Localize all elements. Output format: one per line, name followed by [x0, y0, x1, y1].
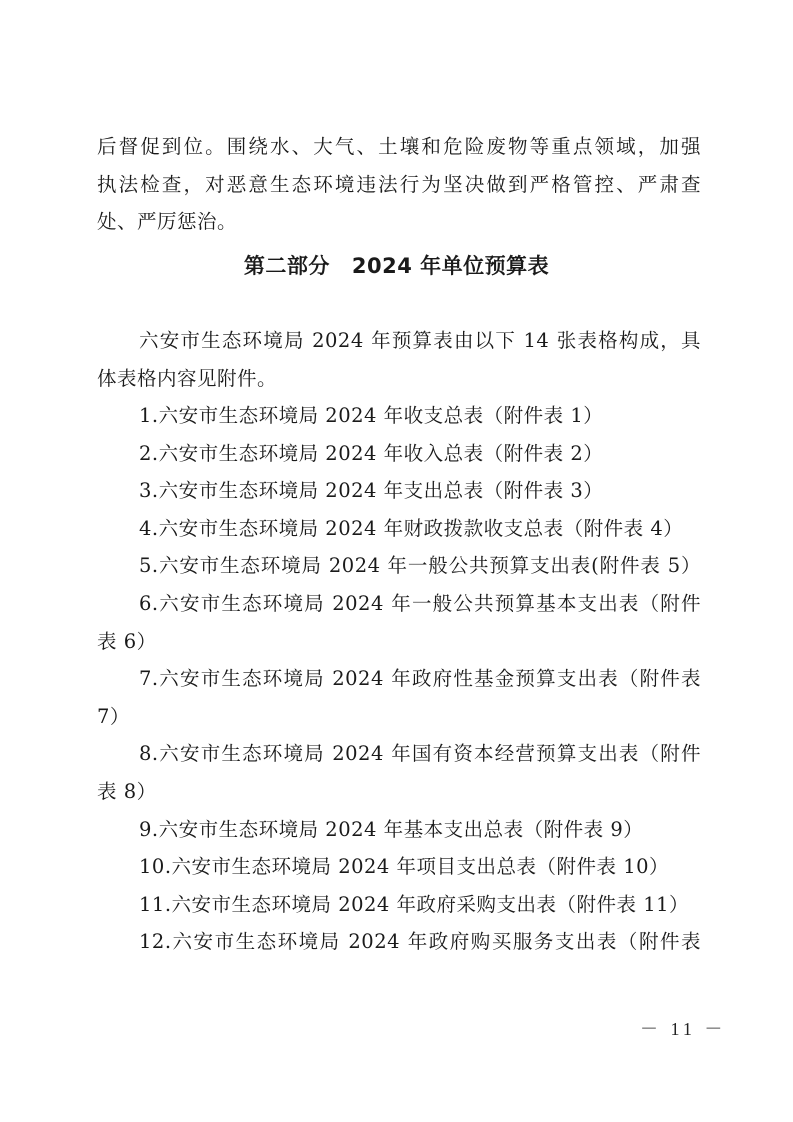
list-item: 3.六安市生态环境局 2024 年支出总表（附件表 3）	[97, 472, 701, 510]
list-item: 7.六安市生态环境局 2024 年政府性基金预算支出表（附件表	[97, 660, 701, 698]
list-item: 10.六安市生态环境局 2024 年项目支出总表（附件表 10）	[97, 848, 701, 886]
section-part-label: 第二部分	[244, 254, 330, 278]
list-item-continuation: 7）	[97, 698, 701, 736]
list-item: 8.六安市生态环境局 2024 年国有资本经营预算支出表（附件	[97, 735, 701, 773]
list-item-continuation: 表 8）	[97, 773, 701, 811]
list-item: 5.六安市生态环境局 2024 年一般公共预算支出表(附件表 5）	[97, 547, 701, 585]
paragraph-line: 六安市生态环境局 2024 年预算表由以下 14 张表格构成，具	[97, 322, 701, 360]
section-title-text: 2024 年单位预算表	[352, 254, 549, 278]
list-item: 11.六安市生态环境局 2024 年政府采购支出表（附件表 11）	[97, 886, 701, 924]
intro-paragraph: 六安市生态环境局 2024 年预算表由以下 14 张表格构成，具 体表格内容见附…	[97, 322, 701, 397]
page-number: － 11 －	[640, 1015, 726, 1041]
list-item: 12.六安市生态环境局 2024 年政府购买服务支出表（附件表	[97, 923, 701, 961]
continuation-paragraph: 后督促到位。围绕水、大气、土壤和危险废物等重点领域，加强 执法检查，对恶意生态环…	[97, 128, 701, 241]
paragraph-line: 执法检查，对恶意生态环境违法行为坚决做到严格管控、严肃查	[97, 166, 701, 204]
section-heading: 第二部分2024 年单位预算表	[0, 248, 793, 284]
list-item-continuation: 表 6）	[97, 623, 701, 661]
paragraph-line: 体表格内容见附件。	[97, 360, 701, 398]
list-item: 9.六安市生态环境局 2024 年基本支出总表（附件表 9）	[97, 811, 701, 849]
list-item: 6.六安市生态环境局 2024 年一般公共预算基本支出表（附件	[97, 585, 701, 623]
list-item: 4.六安市生态环境局 2024 年财政拨款收支总表（附件表 4）	[97, 510, 701, 548]
paragraph-line: 处、严厉惩治。	[97, 203, 701, 241]
list-item: 1.六安市生态环境局 2024 年收支总表（附件表 1）	[97, 397, 701, 435]
list-item: 2.六安市生态环境局 2024 年收入总表（附件表 2）	[97, 435, 701, 473]
attachment-table-list: 1.六安市生态环境局 2024 年收支总表（附件表 1） 2.六安市生态环境局 …	[97, 397, 701, 961]
paragraph-line: 后督促到位。围绕水、大气、土壤和危险废物等重点领域，加强	[97, 128, 701, 166]
